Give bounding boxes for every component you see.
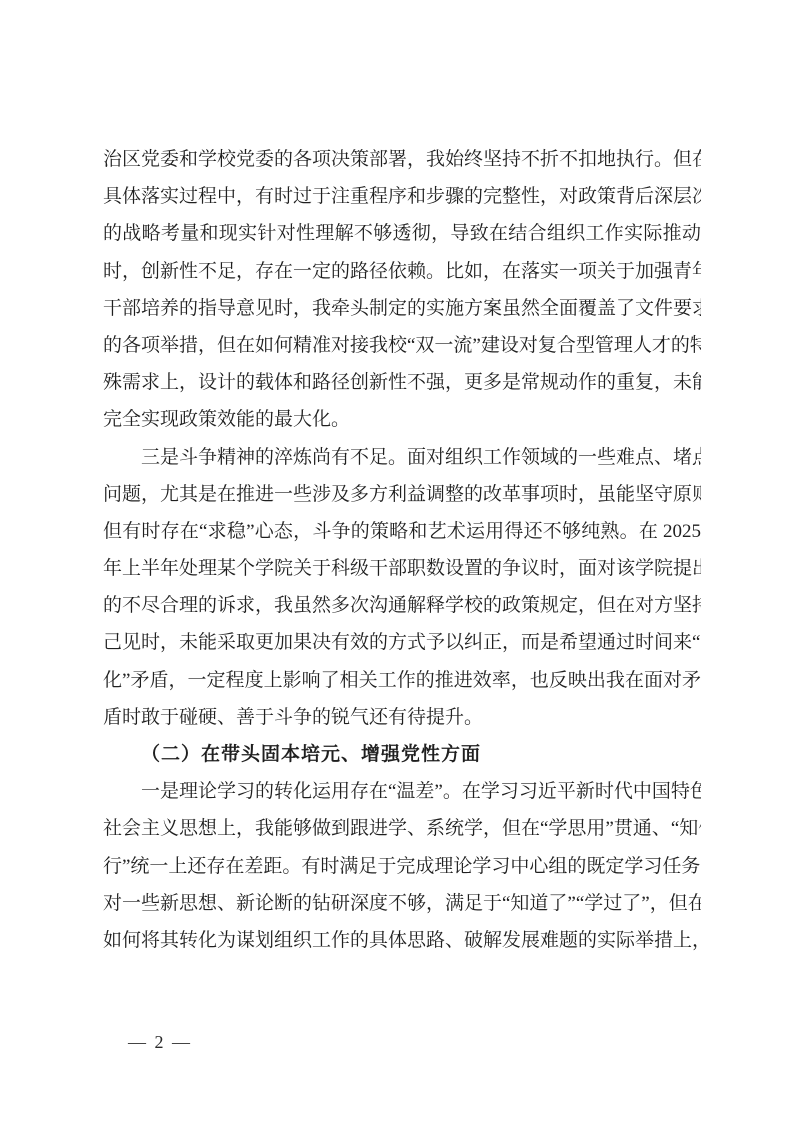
text-line: 的战略考量和现实针对性理解不够透彻，导致在结合组织工作实际推动 bbox=[103, 215, 701, 252]
text-line: 的不尽合理的诉求，我虽然多次沟通解释学校的政策规定，但在对方坚持 bbox=[103, 587, 701, 624]
text-line: 干部培养的指导意见时，我牵头制定的实施方案虽然全面覆盖了文件要求 bbox=[103, 290, 701, 327]
text-line: 行”统一上还存在差距。有时满足于完成理论学习中心组的既定学习任务， bbox=[103, 848, 701, 885]
text-line: 具体落实过程中，有时过于注重程序和步骤的完整性，对政策背后深层次 bbox=[103, 178, 701, 215]
page-number: — 2 — bbox=[128, 1032, 192, 1052]
text-line: 社会主义思想上，我能够做到跟进学、系统学，但在“学思用”贯通、“知信 bbox=[103, 810, 701, 847]
paragraph: 一是理论学习的转化运用存在“温差”。在学习习近平新时代中国特色社会主义思想上，我… bbox=[103, 773, 701, 959]
text-line: 但有时存在“求稳”心态，斗争的策略和艺术运用得还不够纯熟。在 2025 bbox=[103, 513, 701, 550]
text-line: 时，创新性不足，存在一定的路径依赖。比如，在落实一项关于加强青年 bbox=[103, 253, 701, 290]
text-line: 殊需求上，设计的载体和路径创新性不强，更多是常规动作的重复，未能 bbox=[103, 364, 701, 401]
text-line: 己见时，未能采取更加果决有效的方式予以纠正，而是希望通过时间来“软 bbox=[103, 624, 701, 661]
text-line: 三是斗争精神的淬炼尚有不足。面对组织工作领域的一些难点、堵点 bbox=[103, 439, 701, 476]
text-line: 治区党委和学校党委的各项决策部署，我始终坚持不折不扣地执行。但在 bbox=[103, 141, 701, 178]
text-line: 完全实现政策效能的最大化。 bbox=[103, 401, 701, 438]
document-page: 治区党委和学校党委的各项决策部署，我始终坚持不折不扣地执行。但在具体落实过程中，… bbox=[0, 0, 793, 1122]
text-line: 年上半年处理某个学院关于科级干部职数设置的争议时，面对该学院提出 bbox=[103, 550, 701, 587]
text-line: 化”矛盾，一定程度上影响了相关工作的推进效率，也反映出我在面对矛 bbox=[103, 662, 701, 699]
text-line: 问题，尤其是在推进一些涉及多方利益调整的改革事项时，虽能坚守原则， bbox=[103, 476, 701, 513]
text-line: （二）在带头固本培元、增强党性方面 bbox=[103, 736, 701, 773]
page-footer: — 2 — bbox=[128, 1030, 192, 1054]
text-line: 如何将其转化为谋划组织工作的具体思路、破解发展难题的实际举措上， bbox=[103, 922, 701, 959]
text-line: 对一些新思想、新论断的钻研深度不够，满足于“知道了”“学过了”，但在 bbox=[103, 885, 701, 922]
text-line: 盾时敢于碰硬、善于斗争的锐气还有待提升。 bbox=[103, 699, 701, 736]
text-line: 一是理论学习的转化运用存在“温差”。在学习习近平新时代中国特色 bbox=[103, 773, 701, 810]
paragraph: 三是斗争精神的淬炼尚有不足。面对组织工作领域的一些难点、堵点问题，尤其是在推进一… bbox=[103, 439, 701, 737]
section-heading: （二）在带头固本培元、增强党性方面 bbox=[103, 736, 701, 773]
document-body: 治区党委和学校党委的各项决策部署，我始终坚持不折不扣地执行。但在具体落实过程中，… bbox=[103, 141, 701, 959]
paragraph: 治区党委和学校党委的各项决策部署，我始终坚持不折不扣地执行。但在具体落实过程中，… bbox=[103, 141, 701, 439]
text-line: 的各项举措，但在如何精准对接我校“双一流”建设对复合型管理人才的特 bbox=[103, 327, 701, 364]
